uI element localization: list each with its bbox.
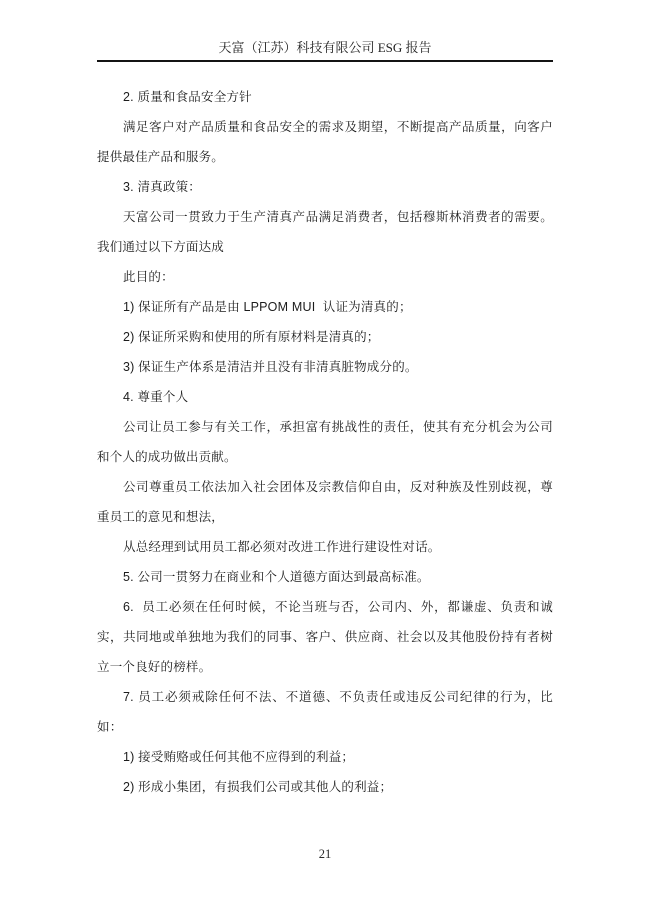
- document-line: 1) 接受贿赂或任何其他不应得到的利益；: [97, 742, 553, 772]
- document-line: 和个人的成功做出贡献。: [97, 442, 553, 472]
- document-line: 如：: [97, 712, 553, 742]
- document-line: 6. 员工必须在任何时候，不论当班与否，公司内、外，都谦虚、负责和诚: [97, 592, 553, 622]
- document-line: 公司尊重员工依法加入社会团体及宗教信仰自由，反对种族及性别歧视，尊: [97, 472, 553, 502]
- document-line: 2) 保证所采购和使用的所有原材料是清真的；: [97, 322, 553, 352]
- document-line: 公司让员工参与有关工作，承担富有挑战性的责任，使其有充分机会为公司: [97, 412, 553, 442]
- document-line: 4. 尊重个人: [97, 382, 553, 412]
- document-line: 立一个良好的榜样。: [97, 652, 553, 682]
- document-body: 2. 质量和食品安全方针满足客户对产品质量和食品安全的需求及期望，不断提高产品质…: [97, 82, 553, 802]
- document-line: 2) 形成小集团，有损我们公司或其他人的利益；: [97, 772, 553, 802]
- document-line: 满足客户对产品质量和食品安全的需求及期望，不断提高产品质量，向客户: [97, 112, 553, 142]
- document-page: 天富（江苏）科技有限公司 ESG 报告 2. 质量和食品安全方针满足客户对产品质…: [0, 0, 650, 919]
- document-line: 3) 保证生产体系是清洁并且没有非清真脏物成分的。: [97, 352, 553, 382]
- document-line: 3. 清真政策：: [97, 172, 553, 202]
- page-header-title: 天富（江苏）科技有限公司 ESG 报告: [97, 40, 553, 56]
- document-line: 天富公司一贯致力于生产清真产品满足消费者，包括穆斯林消费者的需要。: [97, 202, 553, 232]
- document-line: 重员工的意见和想法，: [97, 502, 553, 532]
- document-line: 此目的：: [97, 262, 553, 292]
- document-line: 2. 质量和食品安全方针: [97, 82, 553, 112]
- page-footer: 21: [0, 845, 650, 863]
- document-line: 实，共同地或单独地为我们的同事、客户、供应商、社会以及其他股份持有者树: [97, 622, 553, 652]
- document-line: 我们通过以下方面达成: [97, 232, 553, 262]
- document-line: 5. 公司一贯努力在商业和个人道德方面达到最高标准。: [97, 562, 553, 592]
- document-line: 提供最佳产品和服务。: [97, 142, 553, 172]
- document-line: 1) 保证所有产品是由 LPPOM MUI 认证为清真的；: [97, 292, 553, 322]
- page-number: 21: [319, 847, 332, 861]
- document-line: 7. 员工必须戒除任何不法、不道德、不负责任或违反公司纪律的行为，比: [97, 682, 553, 712]
- header-rule: [97, 60, 553, 62]
- document-line: 从总经理到试用员工都必须对改进工作进行建设性对话。: [97, 532, 553, 562]
